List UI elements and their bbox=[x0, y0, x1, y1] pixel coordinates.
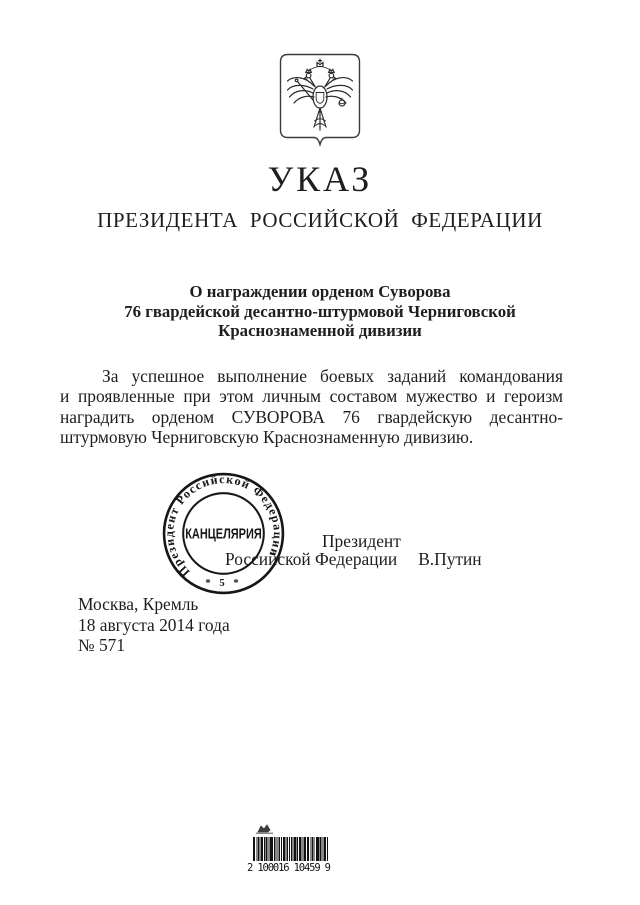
stamp-center-text: КАНЦЕЛЯРИЯ bbox=[185, 526, 262, 543]
body-line: и проявленные при этом личным составом м… bbox=[60, 386, 563, 406]
place-line: Москва, Кремль bbox=[78, 594, 230, 615]
barcode-bars bbox=[253, 837, 328, 861]
barcode: 2 100016 10459 9 bbox=[242, 823, 336, 877]
signature-name: В.Путин bbox=[418, 549, 481, 569]
number-line: № 571 bbox=[78, 635, 230, 656]
body-line: За успешное выполнение боевых заданий ко… bbox=[60, 366, 563, 386]
body-line: наградить орденом СУВОРОВА 76 гвардейску… bbox=[60, 407, 563, 427]
document-page: УКАЗ ПРЕЗИДЕНТА РОССИЙСКОЙ ФЕДЕРАЦИИ О н… bbox=[0, 0, 640, 905]
coat-of-arms-icon bbox=[279, 53, 361, 149]
chancellery-stamp-icon: Президент Российской Федерации * 5 * КАН… bbox=[158, 468, 289, 599]
stamp-number: * 5 * bbox=[205, 578, 241, 589]
subject-line: 76 гвардейской десантно-штурмовой Черниг… bbox=[0, 302, 640, 322]
decree-title: УКАЗ bbox=[0, 158, 640, 200]
decree-issuer: ПРЕЗИДЕНТА РОССИЙСКОЙ ФЕДЕРАЦИИ bbox=[0, 208, 640, 233]
decree-subject: О награждении орденом Суворова 76 гварде… bbox=[0, 282, 640, 341]
date-line: 18 августа 2014 года bbox=[78, 615, 230, 636]
issuance-block: Москва, Кремль 18 августа 2014 года № 57… bbox=[78, 594, 230, 656]
body-line: штурмовую Черниговскую Краснознаменную д… bbox=[60, 427, 563, 447]
subject-line: Краснознаменной дивизии bbox=[0, 321, 640, 341]
emblem-frame bbox=[281, 55, 360, 145]
barcode-mark-icon bbox=[256, 825, 273, 833]
subject-line: О награждении орденом Суворова bbox=[0, 282, 640, 302]
barcode-digits: 2 100016 10459 9 bbox=[247, 862, 331, 874]
decree-body: За успешное выполнение боевых заданий ко… bbox=[60, 366, 563, 448]
